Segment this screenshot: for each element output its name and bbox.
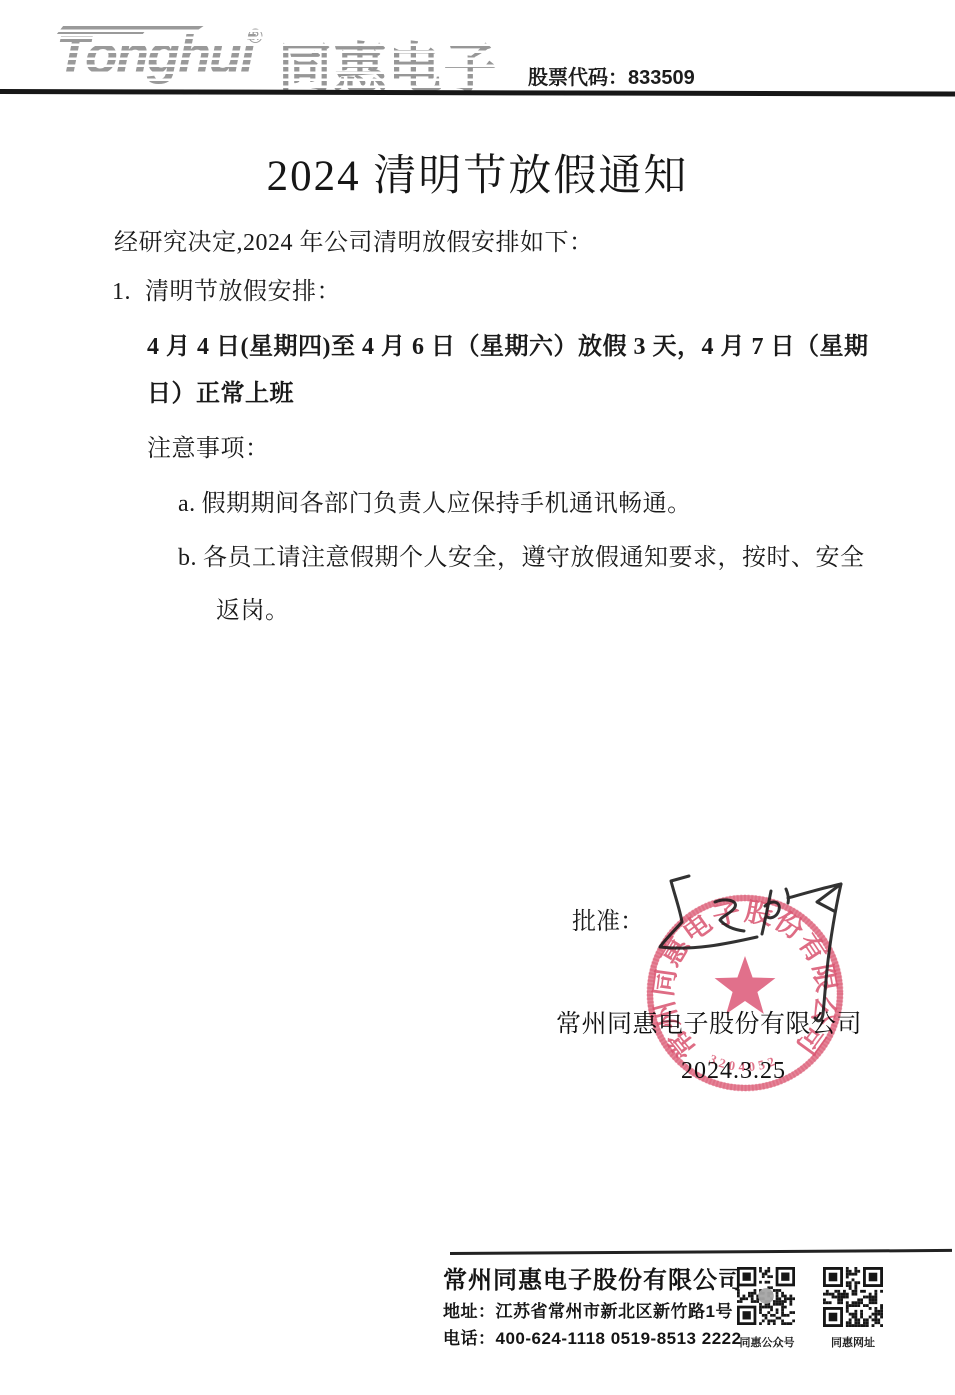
- intro-paragraph: 经研究决定,2024 年公司清明放假安排如下：: [114, 222, 594, 257]
- company-logo-en: Tonghui: [56, 24, 253, 86]
- wechat-qr-code: [737, 1267, 795, 1325]
- note-item-b: b.各员工请注意假期个人安全，遵守放假通知要求，按时、安全: [178, 537, 865, 572]
- stock-code-label: 股票代码：833509: [528, 61, 695, 90]
- footer-phone: 电话：400-624-1118 0519-8513 2222: [443, 1324, 742, 1349]
- note-b-text-line-1: 各员工请注意假期个人安全，遵守放假通知要求，按时、安全: [203, 545, 865, 571]
- footer-divider: [450, 1249, 952, 1255]
- website-qr-label: 同惠网址: [821, 1334, 885, 1350]
- notes-title: 注意事项：: [147, 428, 270, 463]
- list-item-1-text: 清明节放假安排：: [145, 279, 341, 305]
- note-a-marker: a.: [178, 491, 196, 518]
- note-a-text: 假期期间各部门负责人应保持手机通讯畅通。: [202, 491, 692, 517]
- approval-label: 批准：: [572, 901, 644, 936]
- list-item-1: 1.清明节放假安排：: [112, 271, 341, 306]
- phone-label: 电话：: [443, 1329, 496, 1348]
- seal-code-text: 3204052: [707, 1051, 781, 1074]
- page-title: 2024 清明节放假通知: [0, 142, 955, 203]
- address-label: 地址：: [443, 1302, 496, 1321]
- holiday-schedule-line-1: 4 月 4 日(星期四)至 4 月 6 日（星期六）放假 3 天，4 月 7 日…: [147, 326, 868, 361]
- footer-address: 地址：江苏省常州市新北区新竹路1号: [443, 1297, 733, 1322]
- document-page: Tonghui ® 同惠电子 股票代码：833509 2024 清明节放假通知 …: [0, 0, 955, 1395]
- address-value: 江苏省常州市新北区新竹路1号: [496, 1302, 733, 1321]
- note-b-marker: b.: [178, 545, 197, 572]
- note-item-a: a.假期期间各部门负责人应保持手机通讯畅通。: [178, 483, 692, 518]
- list-marker: 1.: [112, 279, 131, 306]
- footer-company-name: 常州同惠电子股份有限公司: [443, 1260, 743, 1295]
- note-b-text-line-2: 返岗。: [216, 590, 290, 625]
- handwritten-signature: [640, 850, 860, 1035]
- phone-value: 400-624-1118 0519-8513 2222: [496, 1329, 742, 1348]
- svg-text:3204052: 3204052: [707, 1051, 781, 1074]
- registered-trademark-icon: ®: [248, 26, 263, 49]
- website-qr-code: [823, 1267, 883, 1327]
- holiday-schedule-line-2: 日）正常上班: [147, 373, 294, 408]
- wechat-qr-label: 同惠公众号: [729, 1334, 805, 1350]
